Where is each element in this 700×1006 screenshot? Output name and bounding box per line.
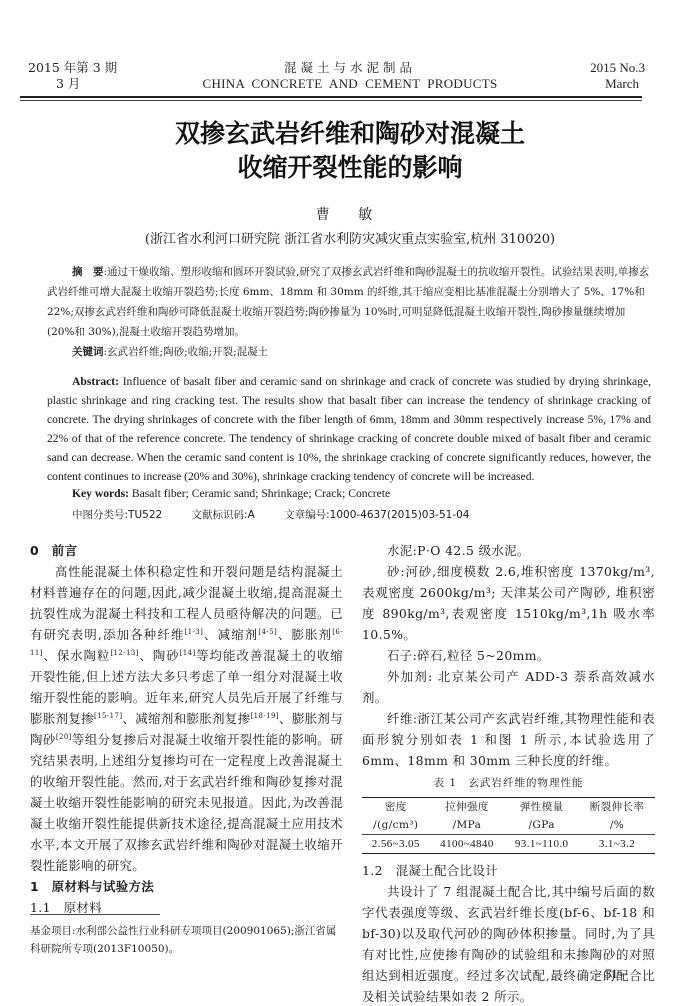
abstract-cn: 摘 要:通过干燥收缩、塑形收缩和圆环开裂试验,研究了双掺玄武岩纤维和陶砂混凝土的… bbox=[47, 262, 651, 362]
keywords-cn-label: 关键词 bbox=[72, 346, 104, 358]
month-en: March bbox=[570, 76, 645, 92]
table-cell: 2.56~3.05 bbox=[362, 835, 430, 854]
keywords-cn: 关键词:玄武岩纤维;陶砂;收缩;开裂;混凝土 bbox=[47, 342, 651, 362]
material-cement: 水泥:P·O 42.5 级水泥。 bbox=[362, 540, 655, 561]
table-header-cell: 断裂伸长率 bbox=[579, 798, 655, 817]
table-unit-cell: /% bbox=[579, 816, 655, 835]
page-number: – 51 – bbox=[595, 966, 628, 982]
body-left-column: 0 前言 高性能混凝土体积稳定性和开裂问题是结构混凝土材料普遍存在的问题,因此,… bbox=[30, 540, 343, 918]
keywords-en-label: Key words: bbox=[72, 487, 129, 500]
table-cell: 4100~4840 bbox=[430, 835, 505, 854]
material-stone: 石子:碎石,粒径 5~20mm。 bbox=[362, 645, 655, 666]
material-admixture: 外加剂: 北京某公司产 ADD-3 萘系高效减水剂。 bbox=[362, 666, 655, 708]
citation: [4-5] bbox=[258, 628, 277, 636]
section-0-heading: 0 前言 bbox=[30, 540, 343, 561]
table-header-cell: 弹性模量 bbox=[504, 798, 579, 817]
citation: [1-3] bbox=[185, 628, 204, 636]
intro-text: 、膨胀剂 bbox=[277, 627, 332, 642]
table-1-caption: 表 1 玄武岩纤维的物理性能 bbox=[362, 773, 655, 793]
table-header-cell: 拉伸强度 bbox=[430, 798, 505, 817]
issue-cn: 2015 年第 3 期 bbox=[28, 60, 117, 76]
table-unit-cell: /GPa bbox=[504, 816, 579, 835]
running-header-left: 2015 年第 3 期 3 月 bbox=[28, 60, 117, 92]
running-header-center: 混凝土与水泥制品 CHINA CONCRETE AND CEMENT PRODU… bbox=[150, 60, 550, 92]
citation: [20] bbox=[56, 733, 72, 741]
table-header-cell: 密度 bbox=[362, 798, 430, 817]
abstract-en-text: Influence of basalt fiber and ceramic sa… bbox=[47, 375, 651, 483]
month-cn: 3 月 bbox=[28, 76, 117, 92]
footnote-rule bbox=[30, 914, 160, 915]
material-fiber: 纤维:浙江某公司产玄武岩纤维,其物理性能和表面形貌分别如表 1 和图 1 所示,… bbox=[362, 708, 655, 771]
issue-en: 2015 No.3 bbox=[570, 60, 645, 76]
table-unit-cell: /(g/cm³) bbox=[362, 816, 430, 835]
header-rule-thick bbox=[20, 96, 642, 98]
title-line-2: 收缩开裂性能的影响 bbox=[60, 151, 640, 185]
table-cell: 93.1~110.0 bbox=[504, 835, 579, 854]
intro-text: 、保水陶粒 bbox=[43, 648, 111, 663]
author: 曹 敏 bbox=[0, 204, 700, 224]
paper-title: 双掺玄武岩纤维和陶砂对混凝土 收缩开裂性能的影响 bbox=[60, 117, 640, 185]
citation: [18-19] bbox=[251, 712, 279, 720]
table-units-row: /(g/cm³) /MPa /GPa /% bbox=[362, 816, 655, 835]
running-header-right: 2015 No.3 March bbox=[570, 60, 645, 92]
body-right-column: 水泥:P·O 42.5 级水泥。 砂:河砂,细度模数 2.6,堆积密度 1370… bbox=[362, 540, 655, 1006]
table-cell: 3.1~3.2 bbox=[579, 835, 655, 854]
material-sand: 砂:河砂,细度模数 2.6,堆积密度 1370kg/m³,表观密度 2600kg… bbox=[362, 561, 655, 645]
keywords-en-text: Basalt fiber; Ceramic sand; Shrinkage; C… bbox=[129, 487, 390, 500]
intro-text: 、减缩剂 bbox=[203, 627, 258, 642]
table-header-row: 密度 拉伸强度 弹性模量 断裂伸长率 bbox=[362, 798, 655, 817]
abstract-en: Abstract: Influence of basalt fiber and … bbox=[47, 372, 651, 486]
citation: [12-13] bbox=[110, 649, 138, 657]
title-line-1: 双掺玄武岩纤维和陶砂对混凝土 bbox=[60, 117, 640, 151]
abstract-cn-label: 摘 要 bbox=[72, 266, 104, 278]
intro-text: 等组分复掺后对混凝土收缩开裂性能的影响。研究结果表明,上述组分复掺均可在一定程度… bbox=[30, 732, 343, 873]
article-number: 文章编号:1000-4637(2015)03-51-04 bbox=[284, 509, 469, 521]
keywords-cn-text: :玄武岩纤维;陶砂;收缩;开裂;混凝土 bbox=[104, 346, 269, 358]
keywords-en: Key words: Basalt fiber; Ceramic sand; S… bbox=[72, 487, 390, 500]
journal-name-cn: 混凝土与水泥制品 bbox=[150, 60, 550, 76]
table-unit-cell: /MPa bbox=[430, 816, 505, 835]
citation: [15-17] bbox=[94, 712, 122, 720]
table-1-fiber-properties: 密度 拉伸强度 弹性模量 断裂伸长率 /(g/cm³) /MPa /GPa /%… bbox=[362, 797, 655, 854]
affiliation: (浙江省水利河口研究院 浙江省水利防灾减灾重点实验室,杭州 310020) bbox=[0, 228, 700, 247]
journal-name-en: CHINA CONCRETE AND CEMENT PRODUCTS bbox=[150, 76, 550, 92]
abstract-cn-text: :通过干燥收缩、塑形收缩和圆环开裂试验,研究了双掺玄武岩纤维和陶砂混凝土的抗收缩… bbox=[47, 266, 649, 338]
section-1-heading: 1 原材料与试验方法 bbox=[30, 876, 343, 897]
funding-footnote: 基金项目:水利部公益性行业科研专项项目(200901065);浙江省属科研院所专… bbox=[30, 922, 343, 958]
abstract-en-label: Abstract: bbox=[72, 375, 119, 388]
abstract-cn-paragraph: 摘 要:通过干燥收缩、塑形收缩和圆环开裂试验,研究了双掺玄武岩纤维和陶砂混凝土的… bbox=[47, 262, 651, 342]
document-code: 文献标识码:A bbox=[192, 509, 255, 521]
intro-paragraph: 高性能混凝土体积稳定性和开裂问题是结构混凝土材料普遍存在的问题,因此,减少混凝土… bbox=[30, 561, 343, 876]
classification-line: 中图分类号:TU522 文献标识码:A 文章编号:1000-4637(2015)… bbox=[72, 507, 495, 522]
citation: [14] bbox=[180, 649, 196, 657]
intro-text: 、减缩剂和膨胀剂复掺 bbox=[122, 711, 250, 726]
clc-number: 中图分类号:TU522 bbox=[72, 509, 162, 521]
mix-design-paragraph: 共设计了 7 组混凝土配合比,其中编号后面的数字代表强度等级、玄武岩纤维长度(b… bbox=[362, 881, 655, 1006]
header-rule-thin bbox=[20, 100, 642, 101]
table-row: 2.56~3.05 4100~4840 93.1~110.0 3.1~3.2 bbox=[362, 835, 655, 854]
intro-text: 、陶砂 bbox=[139, 648, 180, 663]
section-1-2-heading: 1.2 混凝土配合比设计 bbox=[362, 860, 655, 881]
